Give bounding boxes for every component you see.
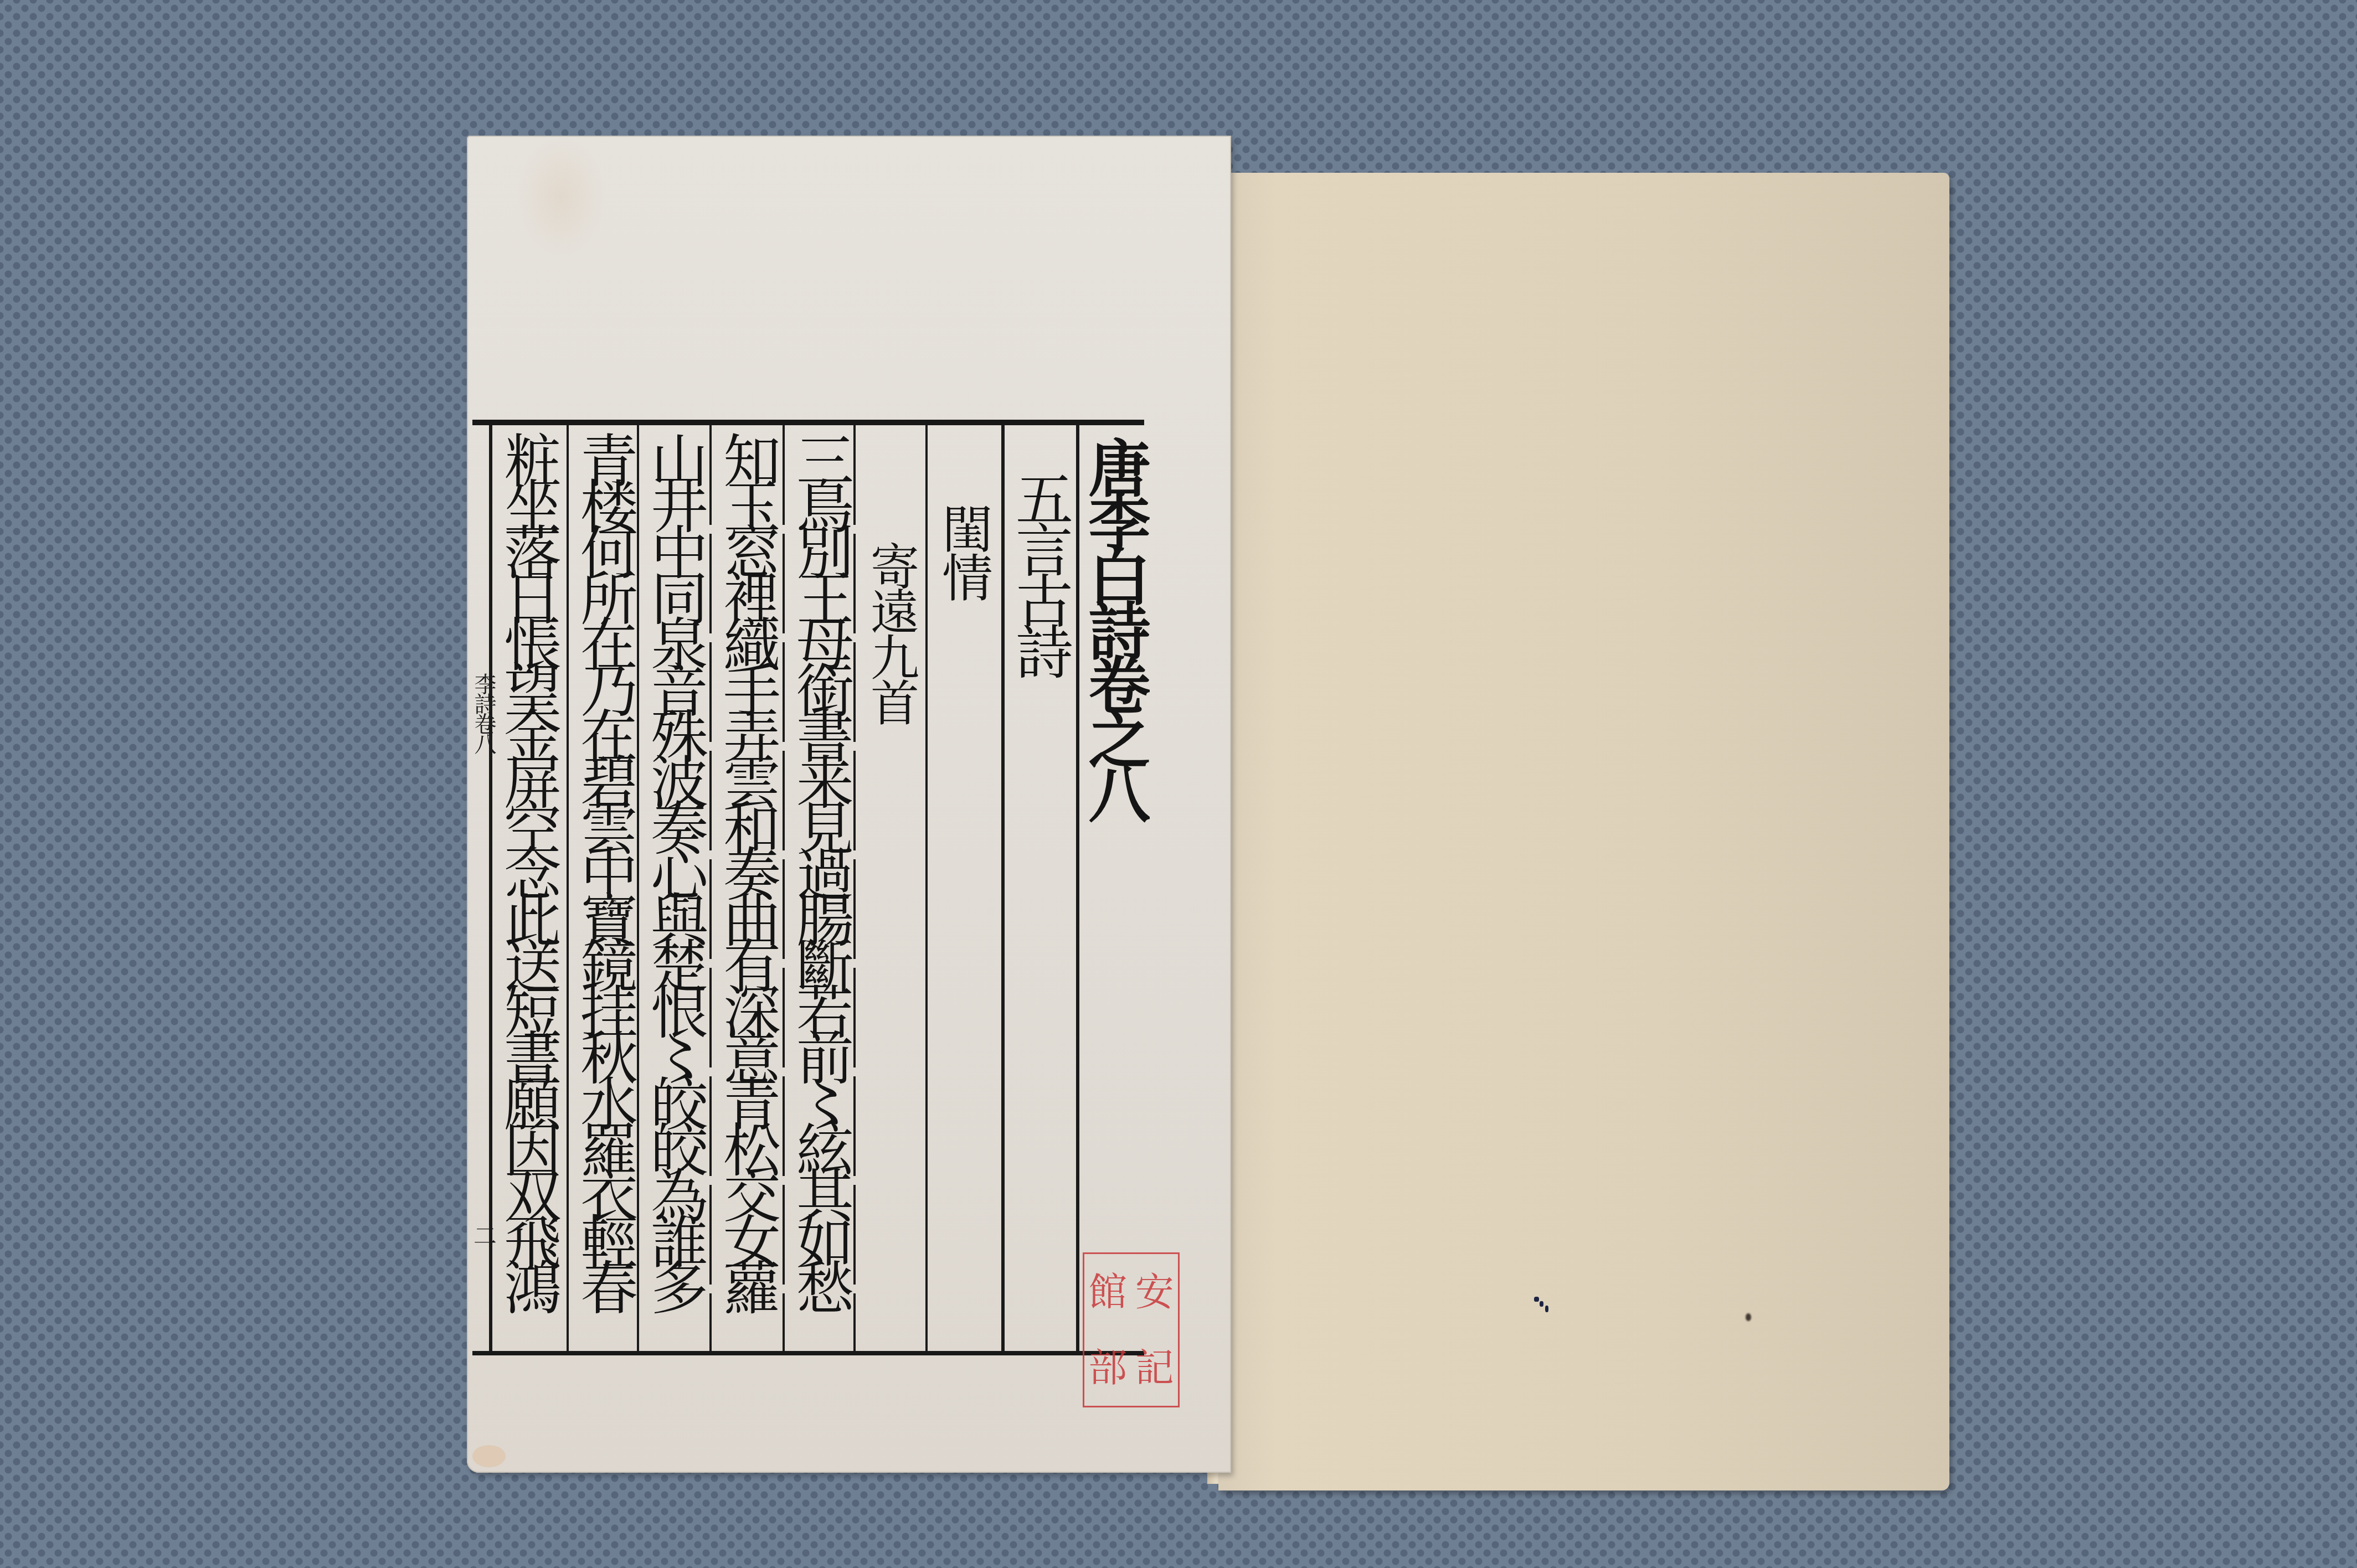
foxing-spot [1746,1313,1751,1321]
ink-speck [1545,1306,1548,1312]
section-heading: 五言古詩 [1004,470,1075,1347]
ink-speck [1540,1301,1543,1307]
right-blank-leaf [1218,173,1949,1490]
ink-speck [1534,1297,1539,1302]
poem-text-column-4: 青楼何所在乃在碧雲中寶鏡挂秋水羅衣輕春風新 [569,431,640,1347]
seal-char: 館 [1084,1254,1131,1330]
printed-frame: 唐李白詩卷之八 五言古詩 閨情 寄遠九首 三鳥別王母銜書来見過腸斷若前〻絃其如愁… [472,420,1144,1355]
poem-text-column-5: 粧坐落日悵望金屏空念此送短書願因双飛鴻 [492,431,563,1347]
seal-char: 記 [1131,1330,1179,1406]
poem-title-jiyuan: 寄遠九首 [856,541,927,1347]
water-stain [472,1445,506,1467]
poem-text-column-2: 知玉窓裡織手弄雲和奏曲有深意青松交女蘿寫水 [712,431,783,1347]
seal-char: 安 [1131,1254,1179,1330]
poem-title-guiqing: 閨情 [928,503,999,1347]
poem-text-column-1: 三鳥別王母銜書来見過腸斷若前〻絃其如愁思何遙 [785,431,856,1347]
book-spread: 李詩卷八 二 唐李白詩卷之八 五言古詩 閨情 寄遠九首 三鳥別王母銜書来見過腸斷… [0,0,2357,1568]
seal-char: 部 [1084,1330,1131,1406]
volume-title: 唐李白詩卷之八 [1079,436,1150,1347]
poem-text-column-3: 山井中同泉音殊波奏心與楚恨〻皎皎為誰多 [639,431,710,1347]
red-collector-seal: 館 安 部 記 [1083,1252,1180,1407]
